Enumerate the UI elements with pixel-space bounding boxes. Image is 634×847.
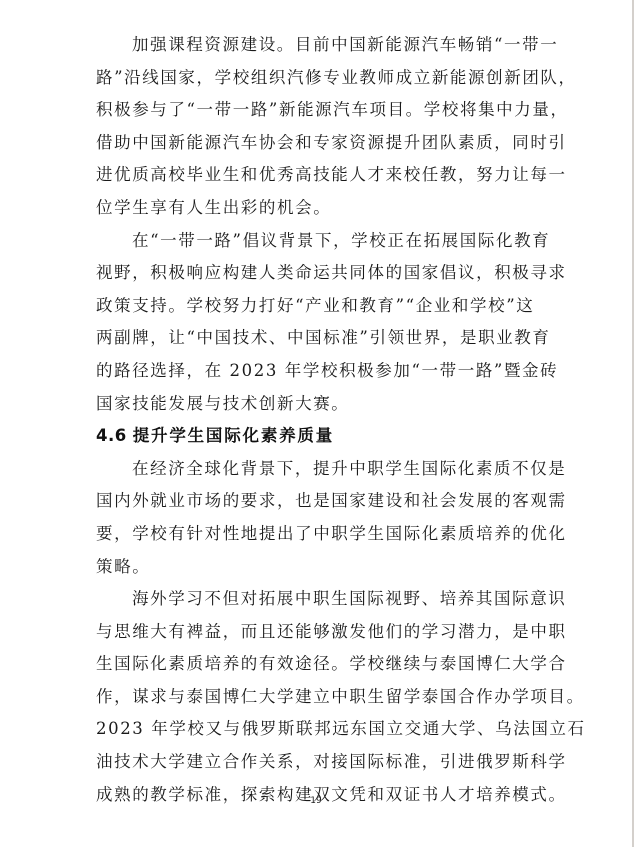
- text-line: 作，谋求与泰国博仁大学建立中职生留学泰国合作办学项目。: [96, 681, 540, 714]
- text-line: 要，学校有针对性地提出了中职学生国际化素质培养的优化: [96, 518, 540, 551]
- text-line: 位学生享有人生出彩的机会。: [96, 192, 540, 225]
- text-line: 国家技能发展与技术创新大赛。: [96, 388, 540, 421]
- text-line: 的路径选择，在 2023 年学校积极参加“一带一路”暨金砖: [96, 355, 540, 388]
- text-line: 视野，积极响应构建人类命运共同体的国家倡议，积极寻求: [96, 257, 540, 290]
- text-line: 成熟的教学标准，探索构建双文凭和双证书人才培养模式。: [96, 779, 540, 812]
- text-line: 两副牌，让“中国技术、中国标准”引领世界，是职业教育: [96, 322, 540, 355]
- paragraph-globalization: 在经济全球化背景下，提升中职学生国际化素质不仅是 国内外就业市场的要求，也是国家…: [96, 453, 540, 583]
- page-number: 19: [0, 796, 632, 806]
- section-heading: 4.6提升学生国际化素养质量: [96, 420, 540, 453]
- paragraph-course-resources: 加强课程资源建设。目前中国新能源汽车畅销“一带一 路”沿线国家，学校组织汽修专业…: [96, 29, 540, 225]
- text-line: 路”沿线国家，学校组织汽修专业教师成立新能源创新团队，: [96, 62, 540, 95]
- text-line: 进优质高校毕业生和优秀高技能人才来校任教，努力让每一: [96, 159, 540, 192]
- text-line: 海外学习不但对拓展中职生国际视野、培养其国际意识: [96, 583, 540, 616]
- text-line: 生国际化素质培养的有效途径。学校继续与泰国博仁大学合: [96, 648, 540, 681]
- section-number: 4.6: [96, 426, 127, 445]
- text-line: 油技术大学建立合作关系，对接国际标准，引进俄罗斯科学: [96, 746, 540, 779]
- text-line: 与思维大有裨益，而且还能够激发他们的学习潜力，是中职: [96, 616, 540, 649]
- document-page: 加强课程资源建设。目前中国新能源汽车畅销“一带一 路”沿线国家，学校组织汽修专业…: [0, 0, 634, 847]
- text-line: 在经济全球化背景下，提升中职学生国际化素质不仅是: [96, 453, 540, 486]
- text-line: 国内外就业市场的要求，也是国家建设和社会发展的客观需: [96, 485, 540, 518]
- text-line: 2023 年学校又与俄罗斯联邦远东国立交通大学、乌法国立石: [96, 713, 540, 746]
- page-content: 加强课程资源建设。目前中国新能源汽车畅销“一带一 路”沿线国家，学校组织汽修专业…: [96, 29, 540, 811]
- text-line: 策略。: [96, 551, 540, 584]
- text-line: 政策支持。学校努力打好“产业和教育”“企业和学校”这: [96, 290, 540, 323]
- section-title: 提升学生国际化素养质量: [133, 426, 334, 445]
- text-line: 在“一带一路”倡议背景下，学校正在拓展国际化教育: [96, 225, 540, 258]
- paragraph-overseas-study: 海外学习不但对拓展中职生国际视野、培养其国际意识 与思维大有裨益，而且还能够激发…: [96, 583, 540, 811]
- text-line: 借助中国新能源汽车协会和专家资源提升团队素质，同时引: [96, 127, 540, 160]
- text-line: 加强课程资源建设。目前中国新能源汽车畅销“一带一: [96, 29, 540, 62]
- text-line: 积极参与了“一带一路”新能源汽车项目。学校将集中力量，: [96, 94, 540, 127]
- paragraph-belt-and-road: 在“一带一路”倡议背景下，学校正在拓展国际化教育 视野，积极响应构建人类命运共同…: [96, 225, 540, 421]
